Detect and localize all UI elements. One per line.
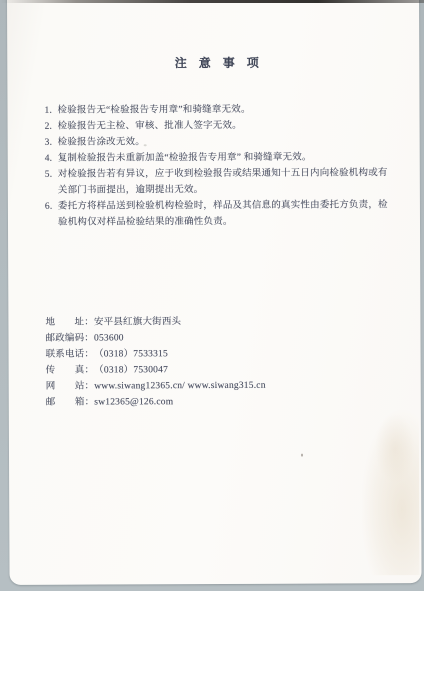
note-item: 4. 复制检验报告未重新加盖“检验报告专用章” 和骑缝章无效。 — [45, 149, 393, 167]
contact-label: 网 站： — [46, 379, 95, 395]
note-item: 1. 检验报告无“检验报告专用章”和骑缝章无效。 — [44, 101, 392, 119]
note-item: 3. 检验报告涂改无效。 — [45, 133, 393, 151]
document-paper: 注 意 事 项 1. 检验报告无“检验报告专用章”和骑缝章无效。 2. 检验报告… — [7, 0, 422, 585]
contact-label: 邮政编码： — [45, 331, 94, 347]
note-number: 2. — [45, 119, 58, 135]
scan-top-edge-shadow — [0, 0, 424, 3]
paper-speck — [301, 454, 303, 457]
note-text: 检验报告涂改无效。 — [58, 133, 393, 150]
contact-row: 邮 箱：sw12365@126.com — [46, 393, 394, 411]
contact-row: 传 真：（0318）7530047 — [46, 361, 394, 379]
contact-value: 053600 — [94, 333, 124, 343]
note-text: 委托方将样品送到检验机构检验时，样品及其信息的真实性由委托方负责，检验机构仅对样… — [58, 197, 393, 230]
paper-speck — [144, 144, 147, 146]
contact-label: 地 址： — [45, 315, 94, 331]
note-text: 复制检验报告未重新加盖“检验报告专用章” 和骑缝章无效。 — [58, 149, 393, 166]
paper-stain — [361, 410, 420, 575]
contact-row: 网 站：www.siwang12365.cn/ www.siwang315.cn — [46, 377, 394, 395]
paper-stain — [375, 413, 415, 483]
contact-row: 联系电话：（0318）7533315 — [46, 345, 394, 363]
note-number: 5. — [45, 167, 58, 183]
note-text: 检验报告无“检验报告专用章”和骑缝章无效。 — [57, 101, 392, 118]
note-text: 检验报告无主检、审核、批准人签字无效。 — [58, 117, 393, 134]
note-item: 2. 检验报告无主检、审核、批准人签字无效。 — [45, 117, 393, 135]
contact-value: 安平县红旗大街西头 — [94, 317, 181, 327]
contact-row: 地 址：安平县红旗大街西头 — [45, 313, 393, 331]
contact-value: sw12365@126.com — [94, 397, 173, 407]
contact-block: 地 址：安平县红旗大街西头 邮政编码：053600 联系电话：（0318）753… — [45, 313, 393, 411]
note-item: 5. 对检验报告若有异议，应于收到检验报告或结果通知十五日内向检验机构或有关部门… — [45, 165, 393, 199]
document-title: 注 意 事 项 — [44, 56, 392, 70]
contact-label: 联系电话： — [46, 347, 95, 363]
scanner-background: 注 意 事 项 1. 检验报告无“检验报告专用章”和骑缝章无效。 2. 检验报告… — [0, 0, 424, 591]
note-number: 6. — [45, 199, 58, 215]
contact-row: 邮政编码：053600 — [45, 329, 393, 347]
note-number: 3. — [45, 135, 58, 151]
contact-value: （0318）7533315 — [94, 349, 168, 359]
contact-value: www.siwang12365.cn/ www.siwang315.cn — [94, 381, 265, 392]
note-item: 6. 委托方将样品送到检验机构检验时，样品及其信息的真实性由委托方负责，检验机构… — [45, 197, 393, 231]
notes-list: 1. 检验报告无“检验报告专用章”和骑缝章无效。 2. 检验报告无主检、审核、批… — [44, 101, 393, 231]
note-text: 对检验报告若有异议，应于收到检验报告或结果通知十五日内向检验机构或有关部门书面提… — [58, 165, 393, 198]
note-number: 4. — [45, 151, 58, 167]
note-number: 1. — [44, 103, 57, 119]
contact-label: 邮 箱： — [46, 395, 95, 411]
contact-label: 传 真： — [46, 363, 95, 379]
contact-value: （0318）7530047 — [94, 365, 168, 375]
